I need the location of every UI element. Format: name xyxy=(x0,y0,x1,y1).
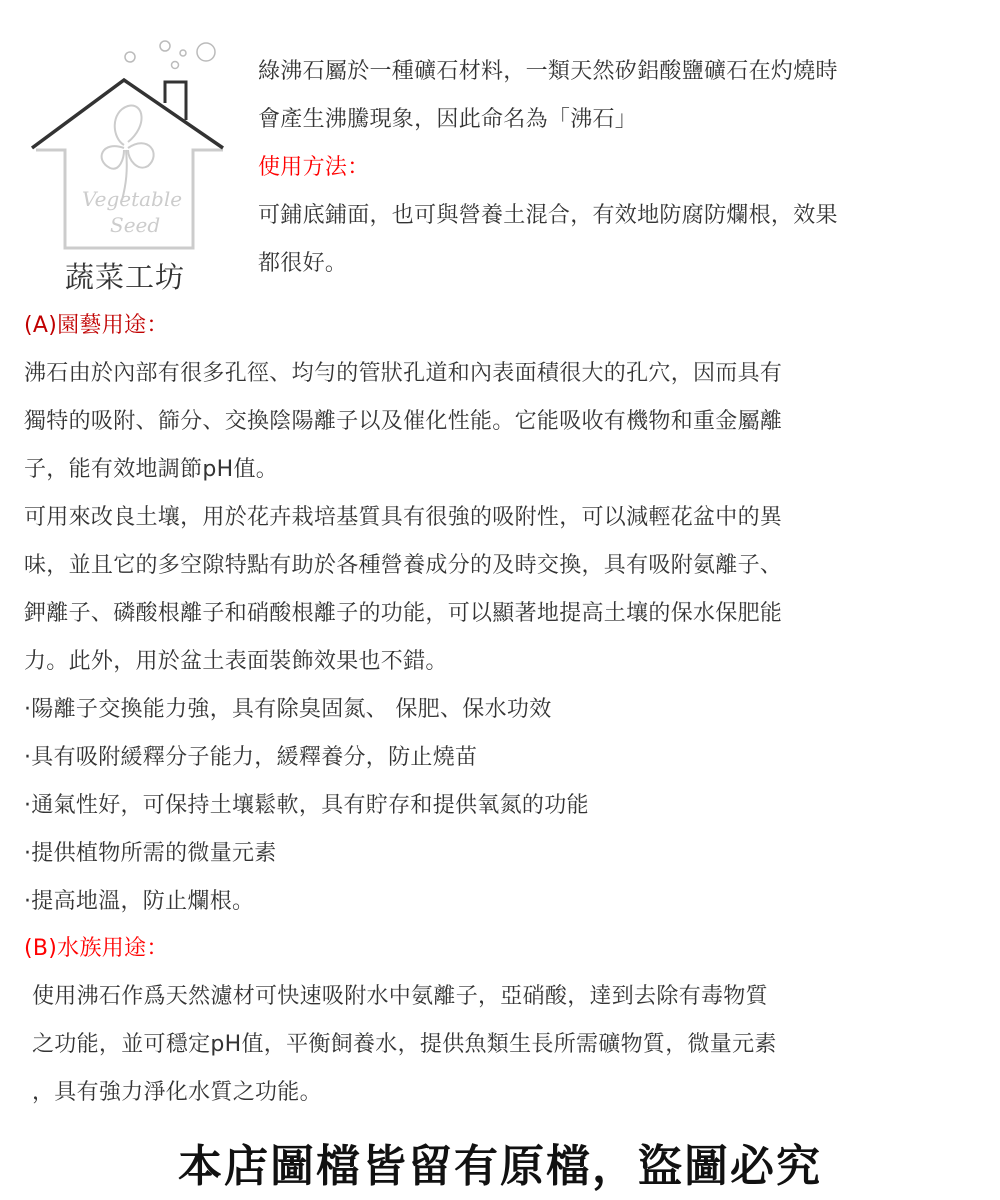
bullet-item: ·陽離子交換能力強，具有除臭固氮、 保肥、保水功效 xyxy=(24,686,984,734)
paragraph-line: 味，並且它的多空隙特點有助於各種營養成分的及時交換，具有吸附氨離子、 xyxy=(24,542,984,590)
paragraph-line: 獨特的吸附、篩分、交換陰陽離子以及催化性能。它能吸收有機物和重金屬離 xyxy=(24,398,984,446)
bullet-item: ·具有吸附緩釋分子能力，緩釋養分，防止燒苗 xyxy=(24,734,984,782)
usage-line: 可鋪底鋪面，也可與營養土混合，有效地防腐防爛根，效果 xyxy=(258,192,993,240)
usage-line: 都很好。 xyxy=(258,240,993,288)
section-a-paragraph-2: 可用來改良土壤，用於花卉栽培基質具有很強的吸附性，可以減輕花盆中的異 味，並且它… xyxy=(24,494,984,686)
brand-name: 蔬菜工坊 xyxy=(65,255,185,296)
copyright-notice: 本店圖檔皆留有原檔，盜圖必究 xyxy=(0,1140,1000,1194)
bullet-item: ·通氣性好，可保持土壤鬆軟，具有貯存和提供氧氮的功能 xyxy=(24,782,984,830)
section-a-heading: (A)園藝用途： xyxy=(24,302,984,350)
description-line: 會產生沸騰現象，因此命名為「沸石」 xyxy=(258,96,993,144)
section-gardening: (A)園藝用途： 沸石由於內部有很多孔徑、均勻的管狀孔道和內表面積很大的孔穴，因… xyxy=(24,302,984,926)
section-a-bullet-list: ·陽離子交換能力強，具有除臭固氮、 保肥、保水功效 ·具有吸附緩釋分子能力，緩釋… xyxy=(24,686,984,926)
bullet-item: ·提高地溫，防止爛根。 xyxy=(24,878,984,926)
intro-block: 綠沸石屬於一種礦石材料，一類天然矽鋁酸鹽礦石在灼燒時 會產生沸騰現象，因此命名為… xyxy=(258,48,993,288)
paragraph-line: 鉀離子、磷酸根離子和硝酸根離子的功能，可以顯著地提高土壤的保水保肥能 xyxy=(24,590,984,638)
paragraph-line: 之功能，並可穩定pH值，平衡飼養水，提供魚類生長所需礦物質，微量元素 xyxy=(32,1021,984,1069)
section-b-paragraph: 使用沸石作爲天然濾材可快速吸附水中氨離子，亞硝酸，達到去除有毒物質 之功能，並可… xyxy=(24,973,984,1117)
paragraph-line: 可用來改良土壤，用於花卉栽培基質具有很強的吸附性，可以減輕花盆中的異 xyxy=(24,494,984,542)
brand-logo: Vegetable Seed 蔬菜工坊 xyxy=(20,30,230,300)
description-line: 綠沸石屬於一種礦石材料，一類天然矽鋁酸鹽礦石在灼燒時 xyxy=(258,48,993,96)
usage-heading: 使用方法： xyxy=(258,144,993,192)
paragraph-line: ，具有強力淨化水質之功能。 xyxy=(32,1069,984,1117)
logo-script-line1: Vegetable xyxy=(82,187,182,211)
section-aquarium: (B)水族用途： 使用沸石作爲天然濾材可快速吸附水中氨離子，亞硝酸，達到去除有毒… xyxy=(24,925,984,1117)
paragraph-line: 力。此外，用於盆土表面裝飾效果也不錯。 xyxy=(24,638,984,686)
paragraph-line: 使用沸石作爲天然濾材可快速吸附水中氨離子，亞硝酸，達到去除有毒物質 xyxy=(32,973,984,1021)
paragraph-line: 子，能有效地調節pH值。 xyxy=(24,446,984,494)
section-a-paragraph-1: 沸石由於內部有很多孔徑、均勻的管狀孔道和內表面積很大的孔穴，因而具有 獨特的吸附… xyxy=(24,350,984,494)
bullet-item: ·提供植物所需的微量元素 xyxy=(24,830,984,878)
house-logo-icon: Vegetable Seed xyxy=(20,30,230,260)
paragraph-line: 沸石由於內部有很多孔徑、均勻的管狀孔道和內表面積很大的孔穴，因而具有 xyxy=(24,350,984,398)
section-b-heading: (B)水族用途： xyxy=(24,925,984,973)
logo-script-line2: Seed xyxy=(110,213,160,237)
